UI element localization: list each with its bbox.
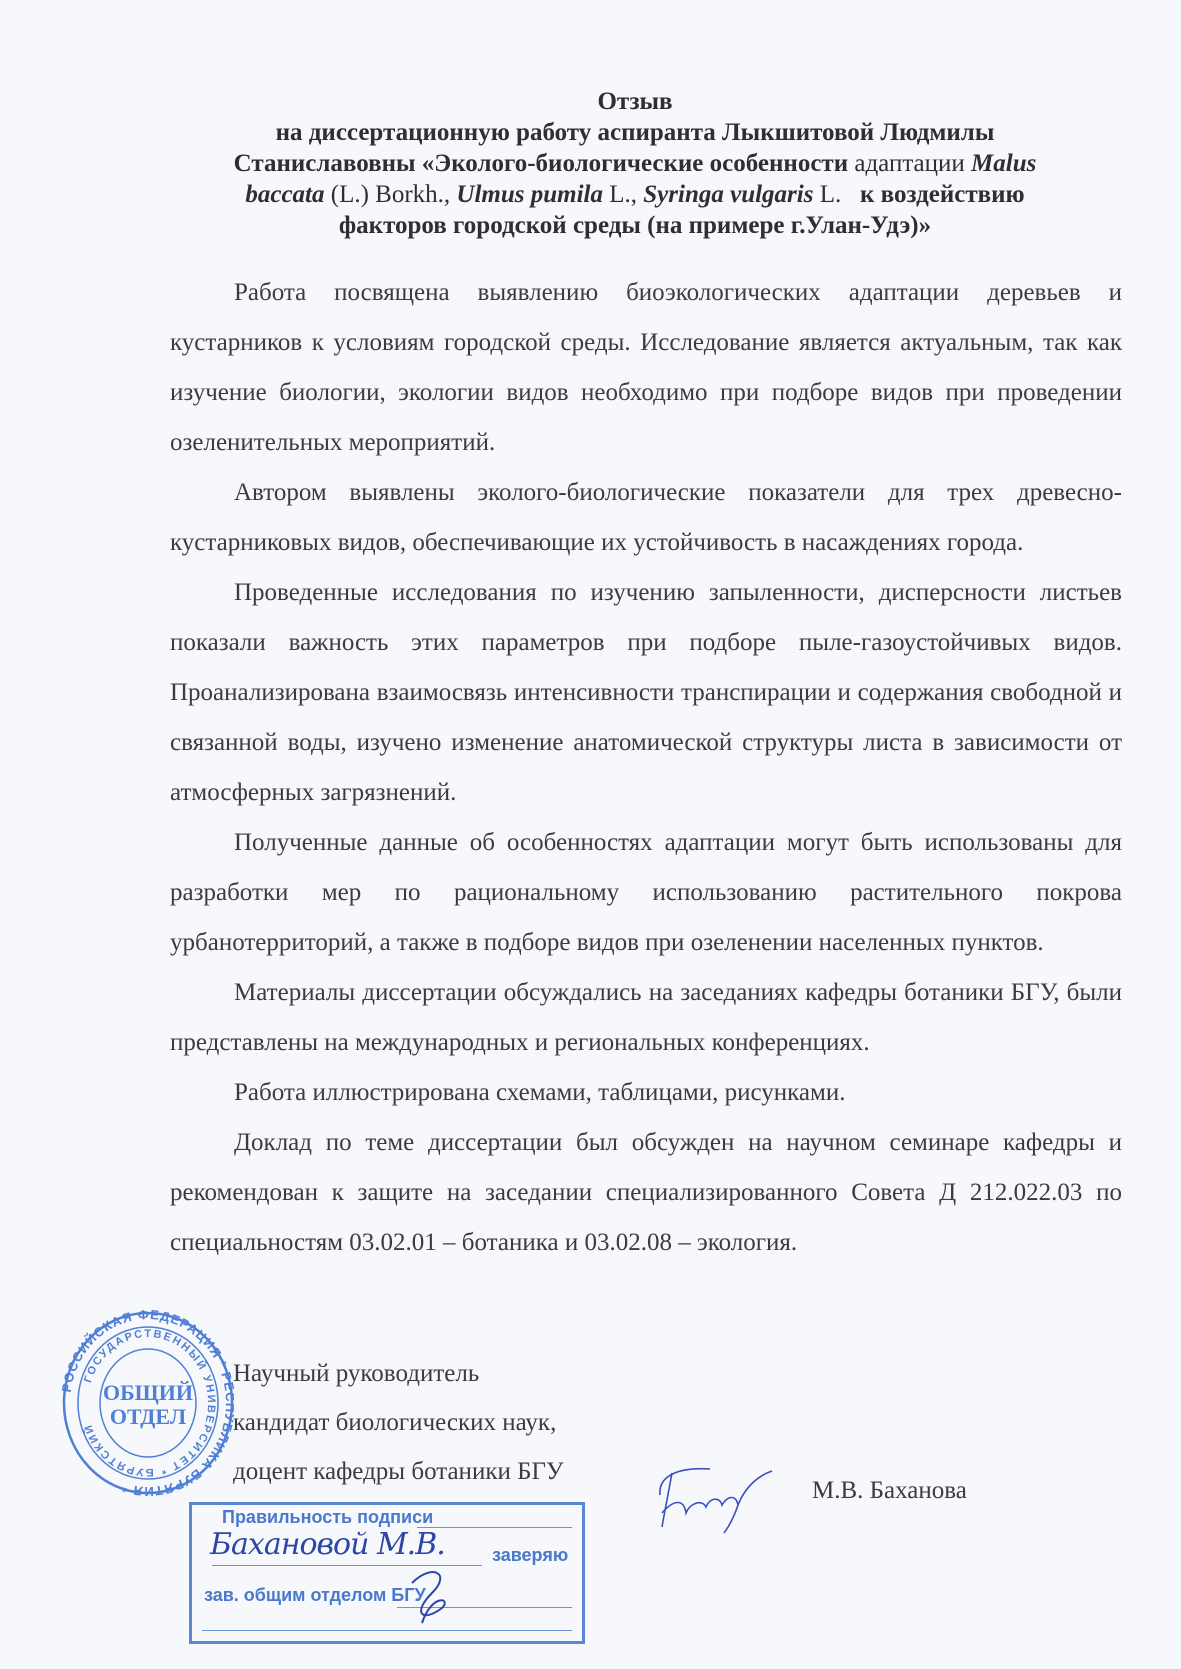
signature-role: Научный руководитель <box>233 1349 479 1398</box>
stamp-center-line-2: ОТДЕЛ <box>110 1404 187 1429</box>
handwritten-name: Бахановой М.В. <box>210 1527 445 1562</box>
paragraph: Доклад по теме диссертации был обсужден … <box>170 1118 1122 1268</box>
subtitle-line-3: baccata (L.) Borkh., Ulmus pumila L., Sy… <box>170 179 1100 210</box>
paragraph: Автором выявлены эколого-биологические п… <box>170 468 1122 568</box>
document-page: Отзыв на диссертационную работу аспирант… <box>0 0 1181 1669</box>
signature-degree: кандидат биологических наук, <box>233 1398 556 1447</box>
species-name: Ulmus pumila <box>456 181 603 208</box>
initials-signature-icon <box>402 1563 462 1633</box>
document-header: Отзыв на диссертационную работу аспирант… <box>170 86 1100 241</box>
signature-name: М.В. Баханова <box>812 1477 967 1505</box>
official-round-stamp-icon: РОССИЙСКАЯ ФЕДЕРАЦИЯ * РЕСПУБЛИКА БУРЯТИ… <box>62 1310 234 1496</box>
paragraph: Работа иллюстрирована схемами, таблицами… <box>170 1068 1122 1118</box>
subtitle-text: L., <box>603 181 643 208</box>
document-title: Отзыв <box>170 86 1100 117</box>
stamp-heading: Правильность подписи <box>222 1507 433 1528</box>
signature-position: доцент кафедры ботаники БГУ <box>233 1447 564 1496</box>
stamp-center-line-1: ОБЩИЙ <box>103 1380 193 1405</box>
handwritten-signature-icon <box>650 1455 780 1535</box>
paragraph: Проведенные исследования по изучению зап… <box>170 568 1122 818</box>
species-name: Malus <box>971 150 1036 177</box>
subtitle-line-4: факторов городской среды (на примере г.У… <box>170 210 1100 241</box>
paragraph: Полученные данные об особенностях адапта… <box>170 818 1122 968</box>
signature-verification-stamp: Правильность подписи Бахановой М.В. заве… <box>189 1502 585 1644</box>
subtitle-text: (L.) Borkh., <box>325 181 457 208</box>
species-name: baccata <box>245 181 324 208</box>
subtitle-text: к воздействию <box>860 181 1025 208</box>
paragraph: Материалы диссертации обсуждались на зас… <box>170 968 1122 1068</box>
subtitle-text: Станиславовны «Эколого-биологические осо… <box>234 150 855 177</box>
stamp-department-label: зав. общим отделом БГУ <box>204 1585 426 1606</box>
stamp-certify-label: заверяю <box>492 1545 568 1566</box>
species-name: Syringa vulgaris <box>643 181 813 208</box>
paragraph: Работа посвящена выявлению биоэкологичес… <box>170 268 1122 468</box>
subtitle-line-2: Станиславовны «Эколого-биологические осо… <box>170 148 1100 179</box>
subtitle-line-1: на диссертационную работу аспиранта Лыкш… <box>170 117 1100 148</box>
subtitle-text: L. <box>813 181 860 208</box>
subtitle-text: адаптации <box>854 150 971 177</box>
body-paragraphs: Работа посвящена выявлению биоэкологичес… <box>170 268 1122 1268</box>
